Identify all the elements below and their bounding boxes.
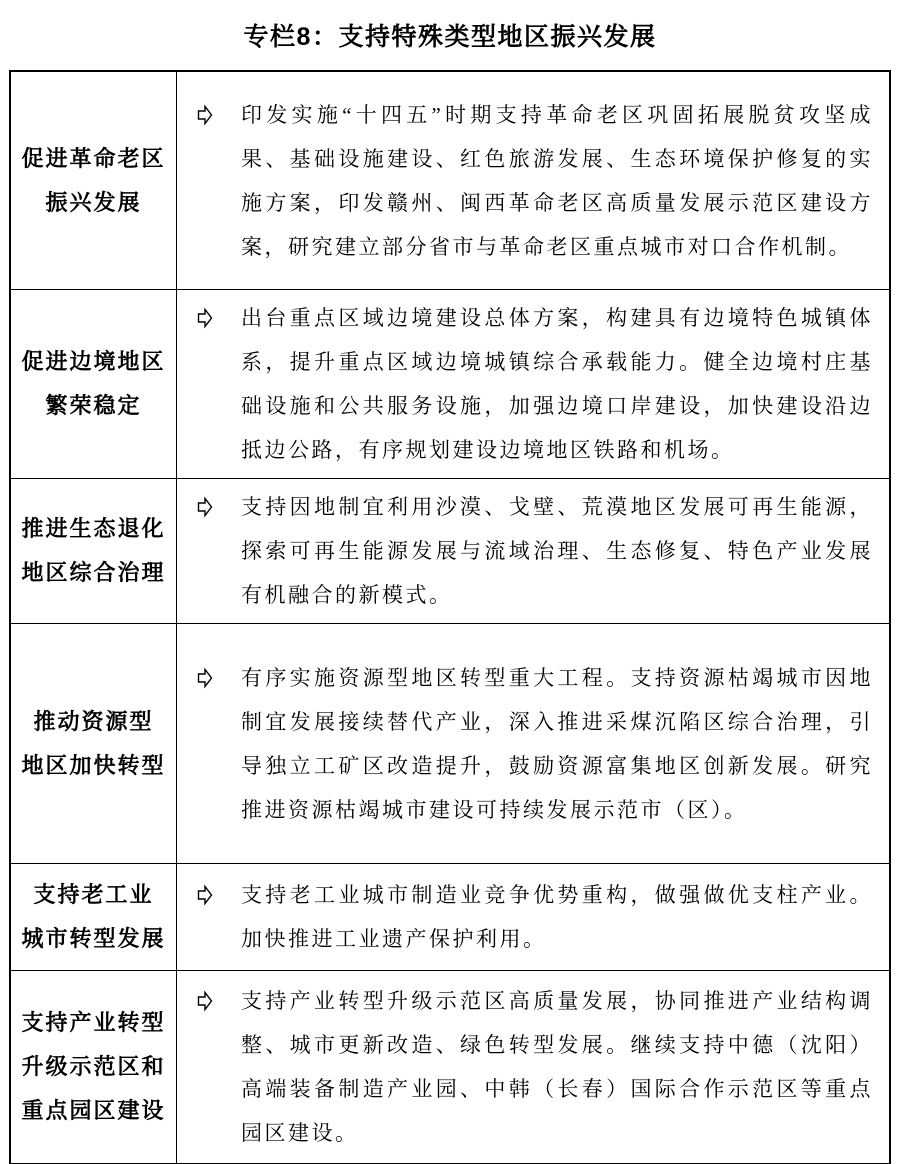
row-label: 支持产业转型 升级示范区和 重点园区建设	[11, 971, 177, 1163]
bullet-item: 有序实施资源型地区转型重大工程。支持资源枯竭城市因地制宜发展接续替代产业，深入推…	[177, 656, 889, 832]
label-line: 振兴发展	[45, 181, 141, 225]
label-line: 地区综合治理	[21, 551, 165, 595]
special-regions-table: 促进革命老区 振兴发展 印发实施“十四五”时期支持革命老区巩固拓展脱贫攻坚成果、…	[9, 70, 891, 1164]
bullet-item: 支持因地制宜利用沙漠、戈壁、荒漠地区发展可再生能源，探索可再生能源发展与流域治理…	[177, 485, 889, 617]
hollow-right-arrow-icon	[177, 979, 241, 1012]
row-text: 支持老工业城市制造业竞争优势重构，做强做优支柱产业。加快推进工业遗产保护利用。	[241, 873, 889, 961]
label-line: 支持老工业	[33, 873, 153, 917]
hollow-right-arrow-icon	[177, 656, 241, 689]
row-label: 促进边境地区 繁荣稳定	[11, 290, 177, 478]
bullet-item: 支持老工业城市制造业竞争优势重构，做强做优支柱产业。加快推进工业遗产保护利用。	[177, 873, 889, 961]
row-label: 推动资源型 地区加快转型	[11, 624, 177, 863]
hollow-right-arrow-icon	[177, 873, 241, 906]
row-content: 支持因地制宜利用沙漠、戈壁、荒漠地区发展可再生能源，探索可再生能源发展与流域治理…	[177, 479, 889, 623]
label-line: 支持产业转型	[21, 1001, 165, 1045]
table-row: 推动资源型 地区加快转型 有序实施资源型地区转型重大工程。支持资源枯竭城市因地制…	[11, 623, 889, 863]
label-line: 繁荣稳定	[45, 384, 141, 428]
row-content: 支持产业转型升级示范区高质量发展，协同推进产业结构调整、城市更新改造、绿色转型发…	[177, 971, 889, 1163]
row-text: 出台重点区域边境建设总体方案，构建具有边境特色城镇体系，提升重点区域边境城镇综合…	[241, 296, 889, 472]
label-line: 重点园区建设	[21, 1089, 165, 1133]
table-row: 促进边境地区 繁荣稳定 出台重点区域边境建设总体方案，构建具有边境特色城镇体系，…	[11, 289, 889, 478]
title-bar: 专栏8：支持特殊类型地区振兴发展	[0, 0, 900, 70]
row-text: 支持产业转型升级示范区高质量发展，协同推进产业结构调整、城市更新改造、绿色转型发…	[241, 979, 889, 1155]
bullet-item: 出台重点区域边境建设总体方案，构建具有边境特色城镇体系，提升重点区域边境城镇综合…	[177, 296, 889, 472]
bullet-item: 印发实施“十四五”时期支持革命老区巩固拓展脱贫攻坚成果、基础设施建设、红色旅游发…	[177, 93, 889, 269]
label-line: 促进革命老区	[21, 137, 165, 181]
hollow-right-arrow-icon	[177, 485, 241, 518]
row-text: 印发实施“十四五”时期支持革命老区巩固拓展脱贫攻坚成果、基础设施建设、红色旅游发…	[241, 93, 889, 269]
row-content: 支持老工业城市制造业竞争优势重构，做强做优支柱产业。加快推进工业遗产保护利用。	[177, 864, 889, 970]
hollow-right-arrow-icon	[177, 296, 241, 329]
row-label: 推进生态退化 地区综合治理	[11, 479, 177, 623]
row-label: 支持老工业 城市转型发展	[11, 864, 177, 970]
row-content: 印发实施“十四五”时期支持革命老区巩固拓展脱贫攻坚成果、基础设施建设、红色旅游发…	[177, 72, 889, 289]
label-line: 推进生态退化	[21, 507, 165, 551]
row-label: 促进革命老区 振兴发展	[11, 72, 177, 289]
table-row: 推进生态退化 地区综合治理 支持因地制宜利用沙漠、戈壁、荒漠地区发展可再生能源，…	[11, 478, 889, 623]
label-line: 城市转型发展	[21, 917, 165, 961]
row-text: 支持因地制宜利用沙漠、戈壁、荒漠地区发展可再生能源，探索可再生能源发展与流域治理…	[241, 485, 889, 617]
row-content: 出台重点区域边境建设总体方案，构建具有边境特色城镇体系，提升重点区域边境城镇综合…	[177, 290, 889, 478]
table-row: 促进革命老区 振兴发展 印发实施“十四五”时期支持革命老区巩固拓展脱贫攻坚成果、…	[11, 72, 889, 289]
page-title: 专栏8：支持特殊类型地区振兴发展	[244, 17, 657, 53]
label-line: 地区加快转型	[21, 744, 165, 788]
hollow-right-arrow-icon	[177, 93, 241, 126]
row-text: 有序实施资源型地区转型重大工程。支持资源枯竭城市因地制宜发展接续替代产业，深入推…	[241, 656, 889, 832]
row-content: 有序实施资源型地区转型重大工程。支持资源枯竭城市因地制宜发展接续替代产业，深入推…	[177, 624, 889, 863]
table-row: 支持老工业 城市转型发展 支持老工业城市制造业竞争优势重构，做强做优支柱产业。加…	[11, 863, 889, 970]
label-line: 推动资源型	[33, 700, 153, 744]
bullet-item: 支持产业转型升级示范区高质量发展，协同推进产业结构调整、城市更新改造、绿色转型发…	[177, 979, 889, 1155]
table-row: 支持产业转型 升级示范区和 重点园区建设 支持产业转型升级示范区高质量发展，协同…	[11, 970, 889, 1163]
label-line: 升级示范区和	[21, 1045, 165, 1089]
label-line: 促进边境地区	[21, 340, 165, 384]
